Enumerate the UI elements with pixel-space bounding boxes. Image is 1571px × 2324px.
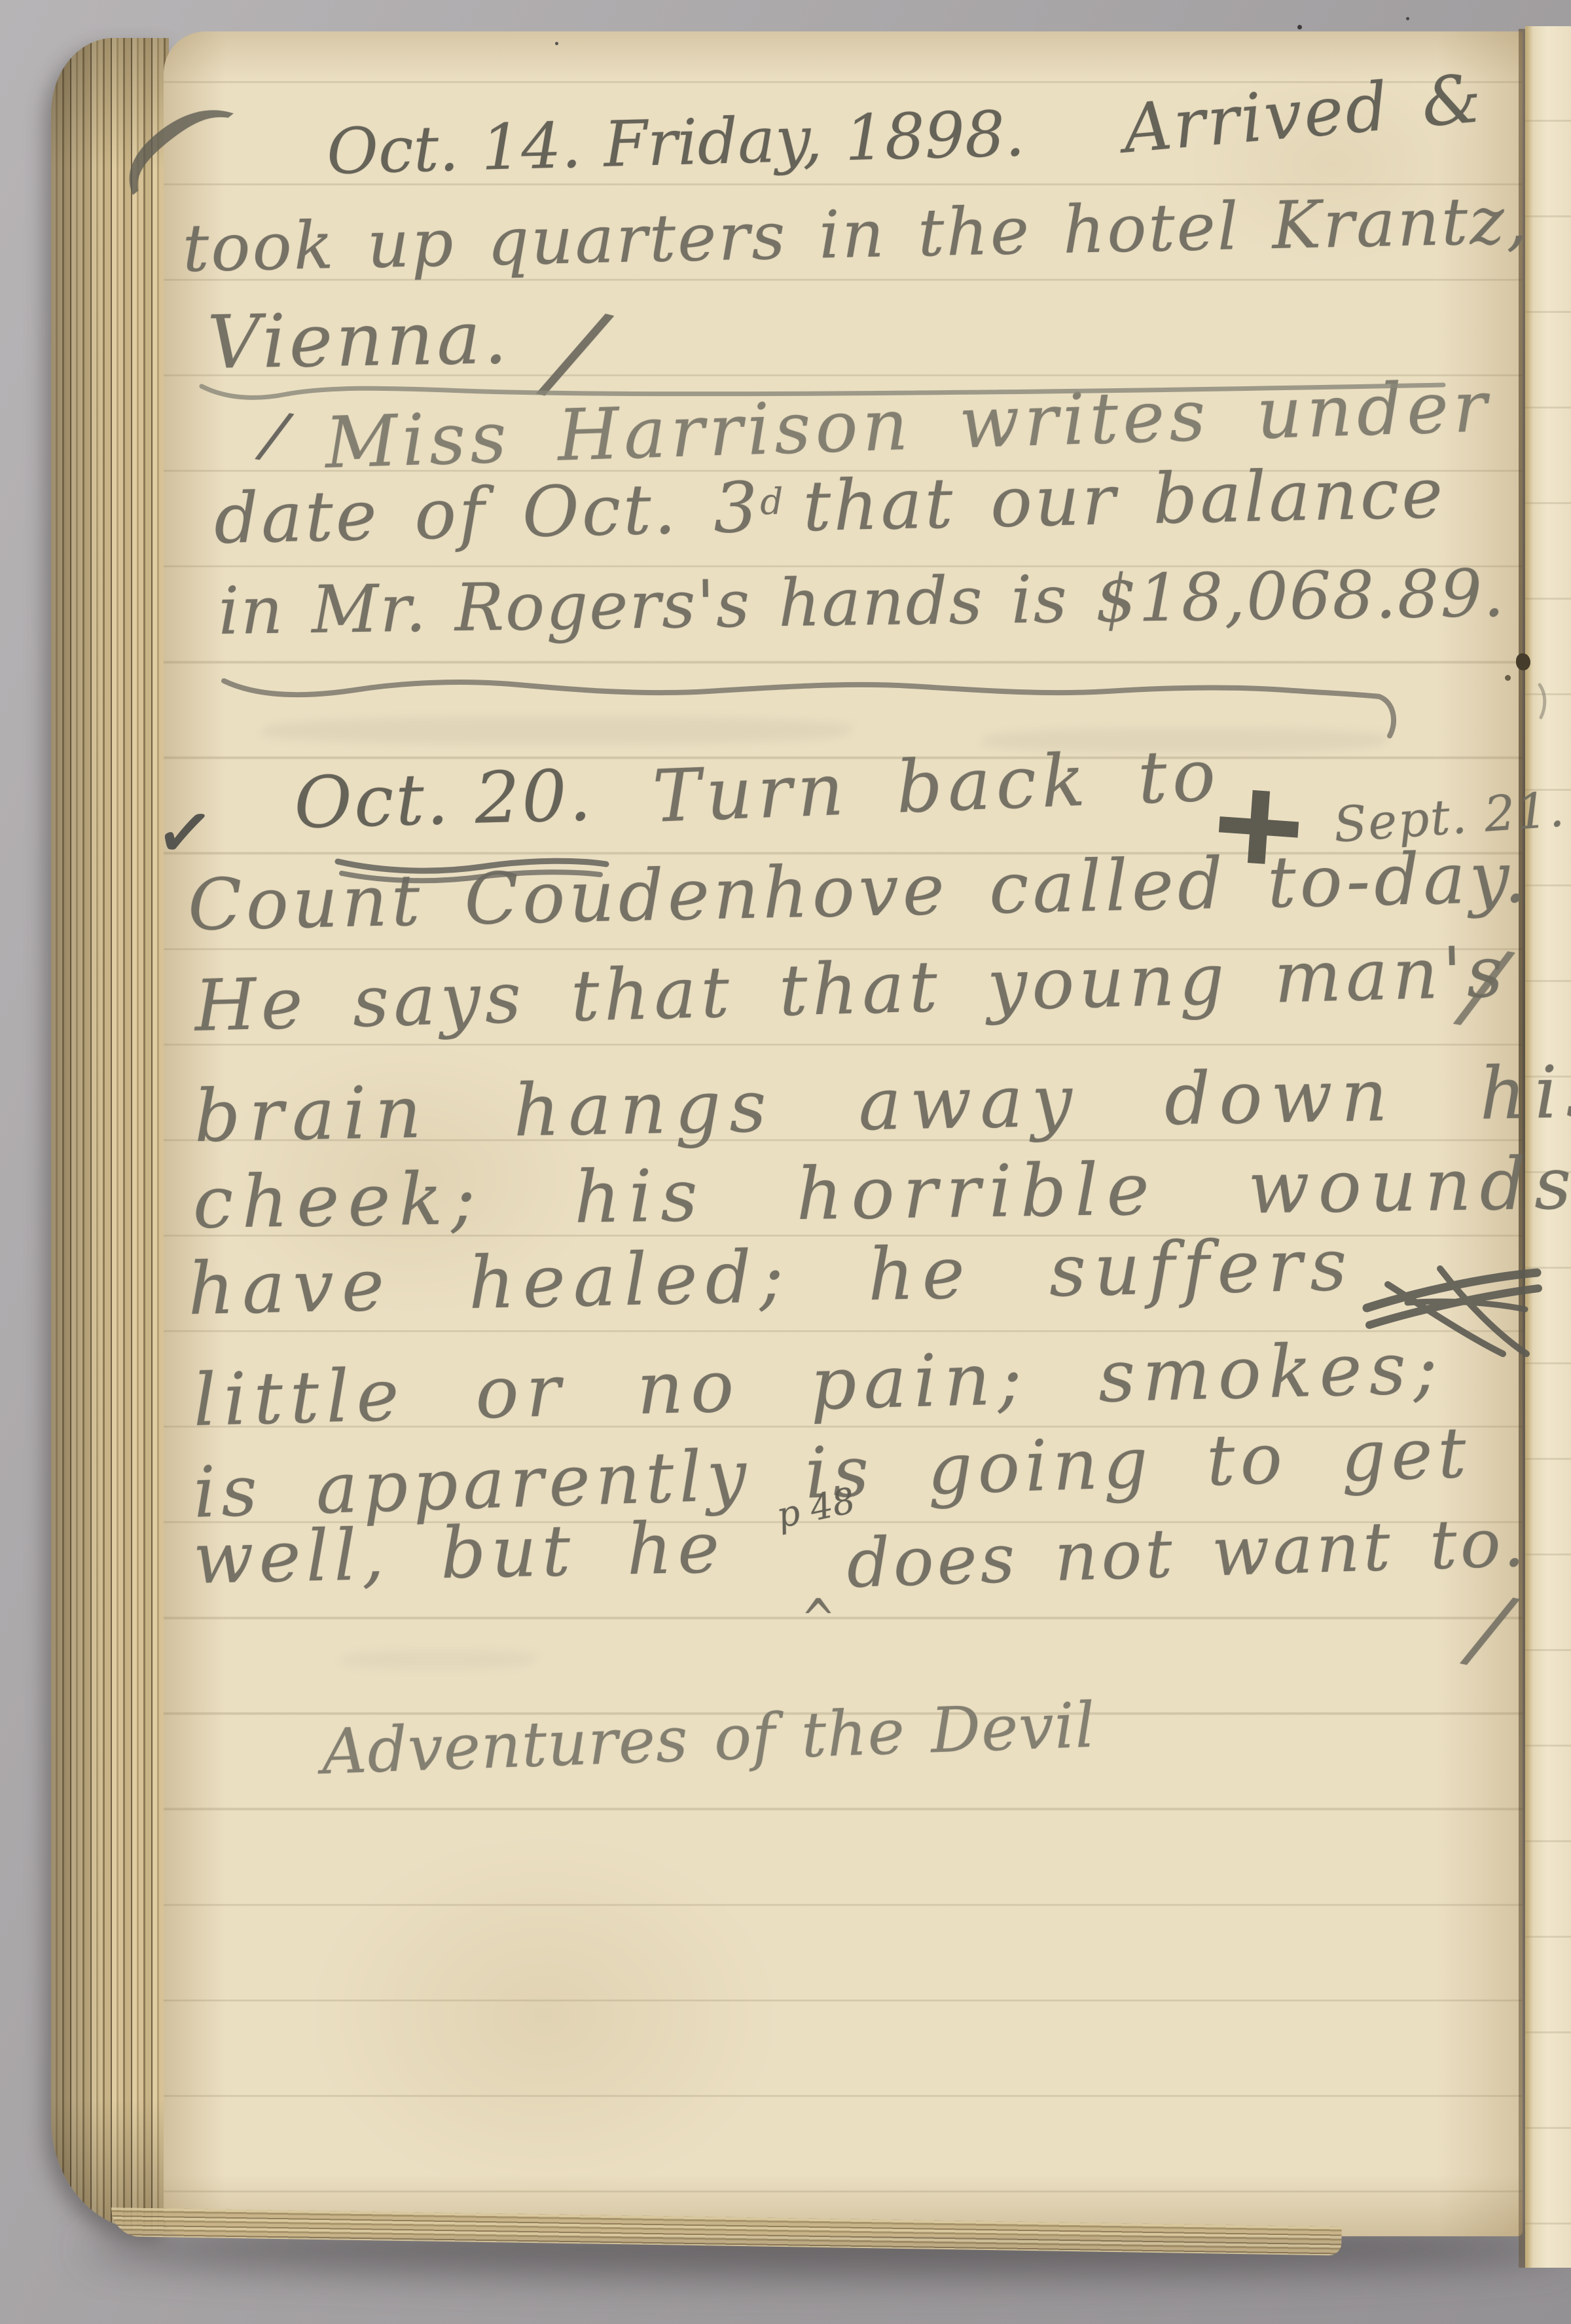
dust-speck [555,42,558,45]
entry-harrison-line2-superscript: d [760,480,787,522]
show-through-smudge [257,717,856,744]
entry-oct14-date-line: Oct. 14. Friday, 1898. [326,102,1026,183]
entry-oct20-line9-end: does not want to. [846,1509,1528,1598]
entry-oct20-line9-start: well, but he [192,1513,725,1595]
entry-oct20-line5: cheek; his horrible wounds [192,1147,1571,1239]
dust-speck [1406,17,1409,20]
show-through-smudge [337,1650,540,1669]
insertion-caret-mark: ^ [801,1592,835,1647]
ink-blot [1516,653,1530,670]
dust-speck [1297,25,1302,29]
entry-oct20-turn-back: Turn back to [651,739,1222,833]
ink-blot-small [1505,675,1511,681]
page-stack-edge [51,38,169,2231]
entry-harrison-line2-start: date of Oct. 3 [213,467,761,559]
entry-check-mark: ✓ [153,796,217,871]
entry-harrison-line2-end: that our balance [802,453,1446,547]
entry-oct20-date-heading: Oct. 20. [293,761,594,839]
notebook-photo: ( Oct. 14. Friday, 1898. Arrived & took … [0,0,1571,2324]
entry-harrison-line3-balance: in Mr. Rogers's hands is $18,068.89. [218,561,1506,644]
entry-oct14-line3-vienna: Vienna. [207,301,511,380]
